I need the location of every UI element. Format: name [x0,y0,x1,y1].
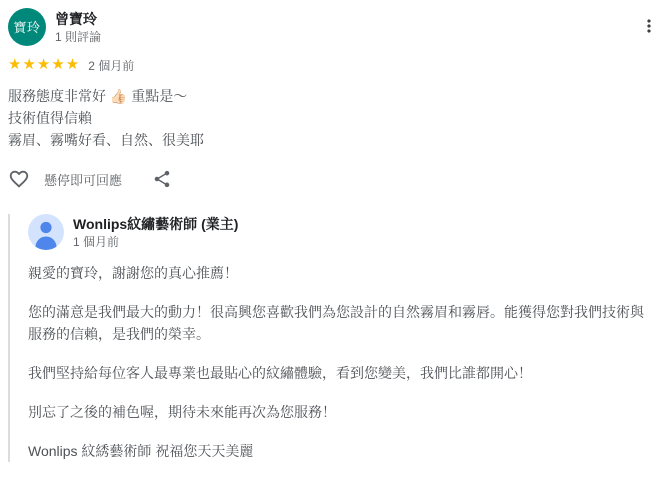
review-text-line: 技術值得信賴 [8,107,663,129]
review-text: 服務態度非常好 👍🏻 重點是～ 技術值得信賴 霧眉、霧嘴好看、自然、很美耶 [8,85,663,151]
like-hover-hint: 懸停即可回應 [44,170,122,189]
reviewer-avatar[interactable]: 寶玲 [8,8,46,46]
kebab-icon [639,16,659,36]
owner-info: Wonlips紋繡藝術師 (業主) 1 個月前 [73,215,238,250]
review-date: 2 個月前 [88,57,134,74]
share-button[interactable] [152,169,172,189]
more-options-button[interactable] [637,14,661,38]
owner-response-paragraph: Wonlips 紋綉藝術師 祝福您天天美麗 [28,440,657,462]
owner-response: Wonlips紋繡藝術師 (業主) 1 個月前 親愛的寶玲，謝謝您的真心推薦！ … [8,214,663,462]
review-card: 寶玲 曾寶玲 1 則評論 ★★★★★ 2 個月前 服務態度非常好 👍🏻 重點是～… [0,0,671,462]
reviewer-review-count: 1 則評論 [55,29,101,45]
person-icon [28,214,64,250]
owner-response-paragraph: 我們堅持給每位客人最專業也最貼心的紋繡體驗，看到您變美，我們比誰都開心！ [28,362,657,384]
owner-response-paragraph: 親愛的寶玲，謝謝您的真心推薦！ [28,262,657,284]
reviewer-info: 曾寶玲 1 則評論 [55,10,101,45]
star-rating: ★★★★★ [8,57,80,73]
review-text-line: 霧眉、霧嘴好看、自然、很美耶 [8,129,663,151]
review-text-line: 服務態度非常好 👍🏻 重點是～ [8,85,663,107]
reviewer-name[interactable]: 曾寶玲 [55,10,101,28]
owner-response-date: 1 個月前 [73,234,238,250]
owner-response-paragraph: 您的滿意是我們最大的動力！很高興您喜歡我們為您設計的自然霧眉和霧唇。能獲得您對我… [28,301,657,345]
owner-response-header: Wonlips紋繡藝術師 (業主) 1 個月前 [28,214,657,250]
owner-response-paragraph: 別忘了之後的補色喔，期待未來能再次為您服務！ [28,401,657,423]
owner-response-body: 親愛的寶玲，謝謝您的真心推薦！ 您的滿意是我們最大的動力！很高興您喜歡我們為您設… [28,262,657,462]
like-button[interactable] [8,168,30,190]
rating-row: ★★★★★ 2 個月前 [8,57,663,73]
owner-name: Wonlips紋繡藝術師 (業主) [73,215,238,233]
owner-avatar [28,214,64,250]
share-icon [152,169,172,189]
review-actions: 懸停即可回應 [8,166,663,192]
review-header: 寶玲 曾寶玲 1 則評論 [8,8,663,46]
heart-icon [8,168,30,190]
